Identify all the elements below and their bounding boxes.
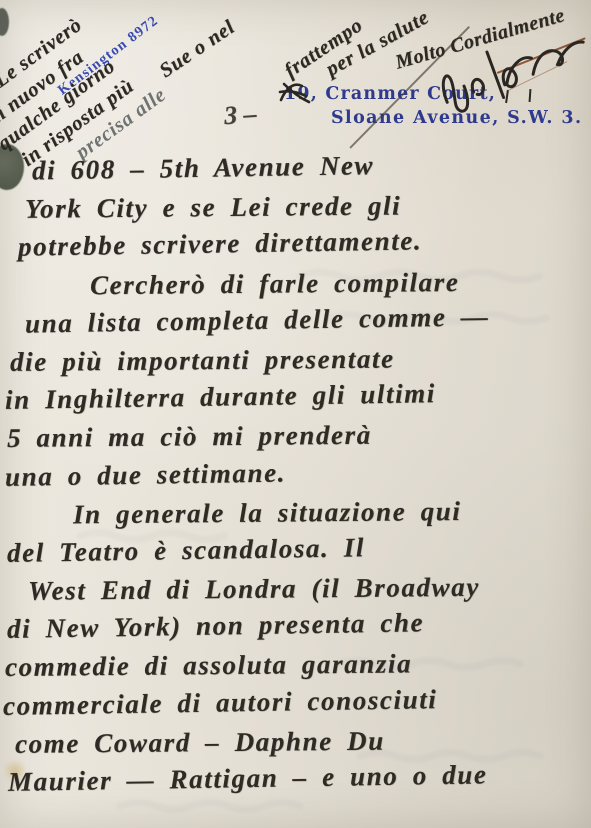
- handwritten-line: di New York) non presenta che: [0, 601, 591, 648]
- rust-scratch-mark: [508, 61, 568, 91]
- handwritten-line: in Inghilterra durante gli ultimi: [0, 372, 591, 419]
- handwritten-line: di 608 – 5th Avenue New: [0, 143, 591, 190]
- letterhead-address-line2: Sloane Avenue, S.W. 3.: [331, 108, 582, 128]
- letter-page: Kensington 8972 19, Cranmer Court, Sloan…: [0, 0, 591, 828]
- page-number: 3 –: [223, 99, 258, 131]
- edge-speck-stain: [0, 8, 9, 36]
- pen-tick-mark: [529, 89, 532, 102]
- handwritten-line: del Teatro è scandalosa. Il: [0, 525, 591, 572]
- letter-body: di 608 – 5th Avenue New York City e se L…: [0, 152, 591, 801]
- handwritten-line: Maurier — Rattigan – e uno o due: [0, 754, 591, 801]
- pen-tick-mark: [505, 90, 509, 103]
- letterhead-address-line1: 19, Cranmer Court,: [284, 84, 496, 104]
- handwritten-line: potrebbe scrivere direttamente.: [0, 219, 591, 266]
